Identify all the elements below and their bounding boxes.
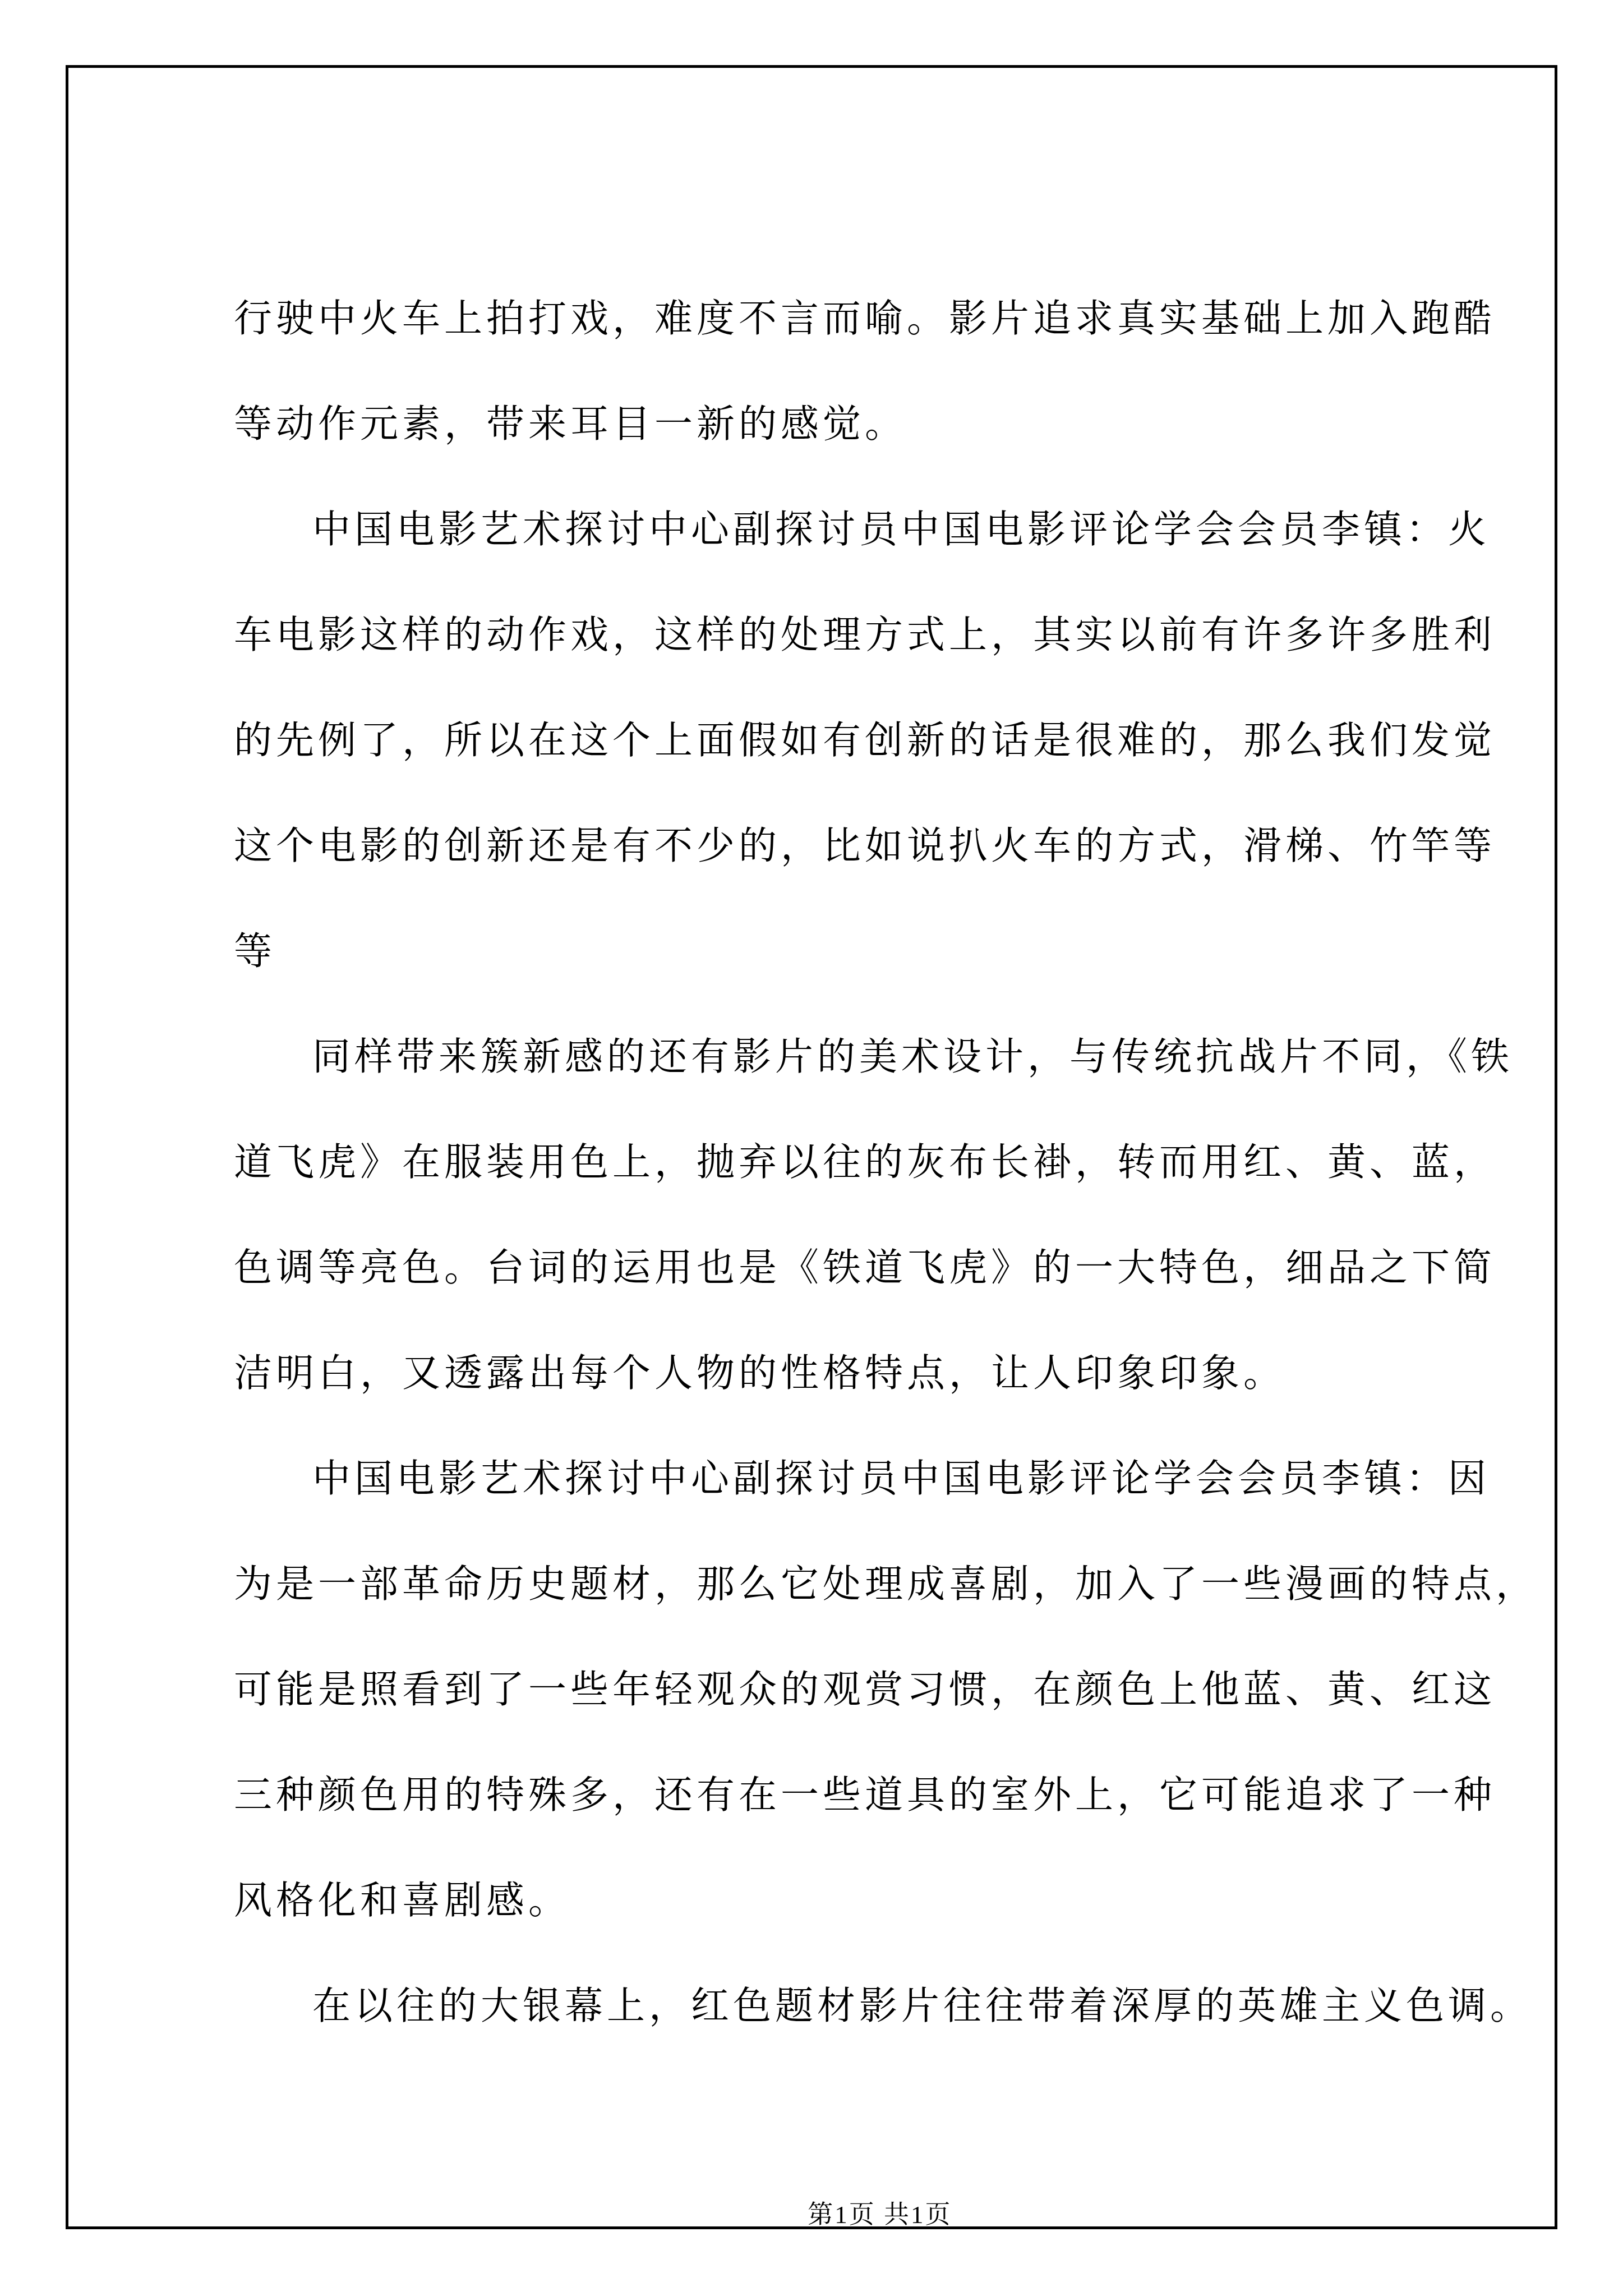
text-line: 这个电影的创新还是有不少的，比如说扒火车的方式，滑梯、竹竿等: [234, 793, 1507, 899]
text-line: 三种颜色用的特殊多，还有在一些道具的室外上，它可能追求了一种: [234, 1742, 1507, 1848]
text-line: 风格化和喜剧感。: [234, 1848, 1507, 1953]
text-line: 中国电影艺术探讨中心副探讨员中国电影评论学会会员李镇：火: [234, 477, 1507, 582]
text-line: 同样带来簇新感的还有影片的美术设计，与传统抗战片不同，《铁: [234, 1004, 1507, 1110]
text-line: 等: [234, 899, 1507, 1004]
text-line: 等动作元素，带来耳目一新的感觉。: [234, 371, 1507, 477]
text-line: 车电影这样的动作戏，这样的处理方式上，其实以前有许多许多胜利: [234, 582, 1507, 688]
page-border-frame: 行驶中火车上拍打戏，难度不言而喻。影片追求真实基础上加入跑酷等动作元素，带来耳目…: [66, 65, 1557, 2229]
text-line: 的先例了，所以在这个上面假如有创新的话是很难的，那么我们发觉: [234, 688, 1507, 793]
page-footer: 第1页 共1页: [134, 2194, 1623, 2230]
text-line: 为是一部革命历史题材，那么它处理成喜剧，加入了一些漫画的特点，: [234, 1531, 1507, 1637]
text-line: 洁明白，又透露出每个人物的性格特点，让人印象印象。: [234, 1320, 1507, 1426]
text-line: 可能是照看到了一些年轻观众的观赏习惯，在颜色上他蓝、黄、红这: [234, 1637, 1507, 1742]
text-line: 在以往的大银幕上，红色题材影片往往带着深厚的英雄主义色调。: [234, 1953, 1507, 2059]
text-line: 中国电影艺术探讨中心副探讨员中国电影评论学会会员李镇：因: [234, 1426, 1507, 1531]
text-line: 色调等亮色。台词的运用也是《铁道飞虎》的一大特色，细品之下简: [234, 1215, 1507, 1320]
page-number-label: 第1页 共1页: [808, 2201, 952, 2229]
text-line: 道飞虎》在服装用色上，抛弃以往的灰布长褂，转而用红、黄、蓝，: [234, 1110, 1507, 1215]
text-line: 行驶中火车上拍打戏，难度不言而喻。影片追求真实基础上加入跑酷: [234, 266, 1507, 371]
body-text: 行驶中火车上拍打戏，难度不言而喻。影片追求真实基础上加入跑酷等动作元素，带来耳目…: [234, 266, 1507, 2059]
